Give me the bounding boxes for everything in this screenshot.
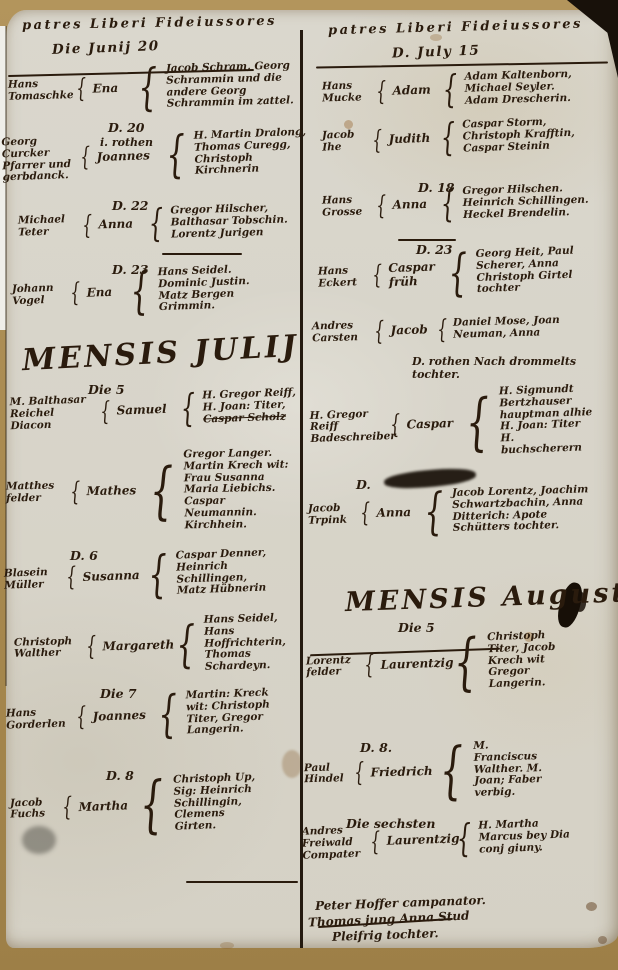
brace-icon: { xyxy=(372,129,383,151)
brace-icon: { xyxy=(70,481,80,503)
brace-icon: { xyxy=(157,693,178,736)
sponsors: Gregor Hilschen. Heinrich Schillingen. H… xyxy=(462,182,601,221)
father-name: Andres Carsten xyxy=(312,320,369,345)
register-entry: Jacob Trpink { Anna { Jacob Lorentz, Joa… xyxy=(307,484,592,538)
register-entry: Hans Tomaschke { Ena { Jacob Schram, Geo… xyxy=(7,60,298,115)
brace-icon: { xyxy=(390,414,401,436)
brace-icon: { xyxy=(175,623,195,666)
sponsors: Hans Seidel, Hans Hoffrichterin, Thomas … xyxy=(204,612,302,673)
brace-icon: { xyxy=(66,567,77,589)
child-name: Anna xyxy=(392,198,432,212)
child-name: Judith xyxy=(388,132,432,147)
brace-icon: { xyxy=(165,133,186,176)
register-entry: Blasein Müller { Susanna { Caspar Denner… xyxy=(3,547,273,603)
register-entry: Jacob Fuchs { Martha { Christoph Up, Sig… xyxy=(9,772,267,840)
father-name: Johann Vogel xyxy=(12,282,65,307)
brace-icon: { xyxy=(149,464,174,517)
father-name: Jacob Fuchs xyxy=(10,796,57,821)
sponsors: Daniel Mose, Joan Neuman, Anna xyxy=(453,315,574,342)
father-name: Michael Teter xyxy=(18,214,77,239)
register-entry: Paul Hindel { Friedrich { M. Franciscus … xyxy=(303,739,554,804)
father-name: Georg Curcker Pfarrer und gerbdanck. xyxy=(1,135,75,184)
brace-icon: { xyxy=(372,265,383,287)
brace-icon: { xyxy=(76,78,87,100)
register-entry: Hans Eckert { Caspar früh { Georg Heit, … xyxy=(317,245,581,301)
sponsors: M. Franciscus Walther. M. Joan; Faber ve… xyxy=(473,739,555,800)
child-name: Adam xyxy=(392,83,434,98)
father-name: Jacob Ihe xyxy=(322,129,367,154)
register-entry: Andres Carsten { Jacob { Daniel Mose, Jo… xyxy=(312,315,574,345)
sponsors: Adam Kaltenborn, Michael Seyler. Adam Dr… xyxy=(464,69,585,107)
sponsors: Martin: Kreck wit: Christoph Titer, Greg… xyxy=(186,687,276,737)
father-name: Andres Freiwald Compater xyxy=(301,825,364,862)
sponsors: H. Martin Dralong, Thomas Curegg, Christ… xyxy=(194,127,314,178)
father-name: Jacob Trpink xyxy=(308,502,355,527)
father-name: Blasein Müller xyxy=(4,566,61,591)
father-name: Hans Eckert xyxy=(318,265,367,290)
brace-icon: { xyxy=(370,831,381,853)
brace-icon: { xyxy=(376,195,387,217)
child-name: Jacob xyxy=(390,323,430,337)
brace-icon: { xyxy=(147,553,168,596)
sponsors: Christoph Titer, Jacob Krech wit Gregor … xyxy=(487,629,567,690)
father-name: Hans Mucke xyxy=(322,80,371,105)
register-entry: Matthes felder { Mathes { Gregor Langer.… xyxy=(5,448,292,535)
sponsors: H. Gregor Reiff, H. Joan: Titer, Caspar … xyxy=(202,387,311,426)
sponsors: Georg Heit, Paul Scherer, Anna Christoph… xyxy=(476,245,582,296)
sponsors: Jacob Lorentz, Joachim Schwartzbachin, A… xyxy=(452,484,593,535)
father-name: Hans Gorderlen xyxy=(6,706,71,732)
child-name: Anna xyxy=(98,217,140,232)
footer-note: Pleifrig tochter. xyxy=(332,926,439,944)
brace-icon: { xyxy=(437,319,448,341)
struck-sponsor-name: Caspar Scholz xyxy=(203,410,286,425)
brace-icon: { xyxy=(465,396,490,449)
father-name: H. Gregor Reiff Badeschreiber xyxy=(309,408,384,446)
child-name: Laurentzig xyxy=(386,833,448,849)
child-name: Martha xyxy=(78,799,128,814)
sponsor-names: H. Gregor Reiff, H. Joan: Titer, xyxy=(202,386,296,413)
brace-icon: { xyxy=(447,252,468,295)
brace-icon: { xyxy=(440,188,455,221)
brace-icon: { xyxy=(440,121,456,154)
child-name: Samuel xyxy=(116,402,172,417)
child-name: Caspar xyxy=(406,416,454,431)
child-name: Friedrich xyxy=(370,765,428,780)
register-entry: Johann Vogel { Ena { Hans Seidel. Domini… xyxy=(11,264,259,320)
register-content: patres Liberi Fideiussores Die Junij 20 … xyxy=(0,0,618,970)
brace-icon: { xyxy=(180,392,196,425)
entry-date: Die 5 xyxy=(398,620,435,635)
brace-icon: { xyxy=(76,706,87,728)
father-name: M. Balthasar Reichel Diacon xyxy=(9,394,94,432)
register-entry: Hans Mucke { Adam { Adam Kaltenborn, Mic… xyxy=(322,69,586,111)
brace-icon: { xyxy=(442,73,457,106)
register-entry: Hans Grosse { Anna { Gregor Hilschen. He… xyxy=(322,182,602,225)
sponsors: Caspar Denner, Heinrich Schillingen, Mat… xyxy=(176,547,274,597)
brace-icon: { xyxy=(376,80,387,102)
brace-icon: { xyxy=(374,320,385,342)
register-entry: Jacob Ihe { Judith { Caspar Storm, Chris… xyxy=(321,115,585,159)
brace-icon: { xyxy=(453,636,478,689)
child-name: Anna xyxy=(376,506,414,520)
sponsors: Christoph Up, Sig: Heinrich Schillingin,… xyxy=(173,772,267,834)
brace-icon: { xyxy=(360,503,371,525)
sponsors: Gregor Hilscher, Balthasar Tobschin. Lor… xyxy=(170,202,289,240)
brace-icon: { xyxy=(148,207,163,240)
brace-icon: { xyxy=(456,822,472,855)
register-entry: Christoph Walther { Margareth { Hans Sei… xyxy=(13,612,301,678)
father-name: Lorentz felder xyxy=(306,654,359,679)
brace-icon: { xyxy=(439,744,464,797)
brace-icon: { xyxy=(364,654,375,676)
sponsors: Caspar Storm, Christoph Krafftin, Caspar… xyxy=(462,115,585,154)
left-date-heading: Die Junij 20 xyxy=(52,38,160,58)
right-date-heading: D. July 15 xyxy=(392,42,481,61)
child-name: Susanna xyxy=(82,569,138,584)
father-name: Christoph Walther xyxy=(14,636,81,661)
child-name: Margareth xyxy=(102,638,166,653)
brace-icon: { xyxy=(86,636,97,658)
child-name: Ena xyxy=(86,285,120,300)
brace-icon: { xyxy=(423,490,443,533)
sponsors: Gregor Langer. Martin Krech wit: Frau Su… xyxy=(183,448,292,532)
register-entry: Lorentz felder { Laurentzig { Christoph … xyxy=(305,629,567,697)
brace-icon: { xyxy=(62,797,73,819)
child-name: Joannes xyxy=(92,708,148,723)
register-entry: Hans Gorderlen { Joannes { Martin: Kreck… xyxy=(5,687,275,743)
brace-icon: { xyxy=(137,66,157,109)
brace-icon: { xyxy=(354,762,365,784)
father-name: Hans Tomaschke xyxy=(8,78,71,103)
register-entry: H. Gregor Reiff Badeschreiber { Caspar {… xyxy=(309,383,597,463)
brace-icon: { xyxy=(82,214,93,236)
entry-note: D. rothen Nach drommelts tochter. xyxy=(412,355,602,381)
manuscript-scan: patres Liberi Fideiussores Die Junij 20 … xyxy=(0,0,618,970)
register-entry: M. Balthasar Reichel Diacon { Samuel { H… xyxy=(9,387,311,433)
register-entry: Georg Curcker Pfarrer und gerbdanck. { J… xyxy=(1,127,313,185)
brace-icon: { xyxy=(129,270,150,313)
sponsors: H. Sigmundt Bertzhauser hauptman alhie H… xyxy=(499,383,597,457)
brace-icon: { xyxy=(80,147,91,169)
brace-icon: { xyxy=(100,400,111,422)
left-column-header: patres Liberi Fideiussores xyxy=(22,14,277,33)
month-heading-july: MENSIS JULIJ xyxy=(21,329,299,378)
father-name: Hans Grosse xyxy=(322,194,371,219)
register-entry: Michael Teter { Anna { Gregor Hilscher, … xyxy=(18,202,290,244)
child-name: Laurentzig xyxy=(380,656,442,672)
brace-icon: { xyxy=(139,778,164,831)
register-entry: Andres Freiwald Compater { Laurentzig { … xyxy=(301,817,575,862)
father-name: Matthes felder xyxy=(6,481,64,506)
brace-icon: { xyxy=(70,282,81,304)
month-heading-august: MENSIS Augusti xyxy=(345,577,618,618)
sponsors: Jacob Schram, Georg Schrammin und die an… xyxy=(166,60,299,110)
child-name: Mathes xyxy=(86,485,138,499)
child-name: Joannes xyxy=(96,149,156,165)
child-name: Caspar früh xyxy=(388,260,439,289)
sponsors: H. Martha Marcus bey Dia conj giuny. xyxy=(478,817,575,856)
right-column-header: patres Liberi Fideiussores xyxy=(328,17,583,39)
father-name: Paul Hindel xyxy=(304,762,349,787)
child-name: Ena xyxy=(92,81,128,95)
sponsors: Hans Seidel. Dominic Justin. Matz Bergen… xyxy=(158,264,260,314)
